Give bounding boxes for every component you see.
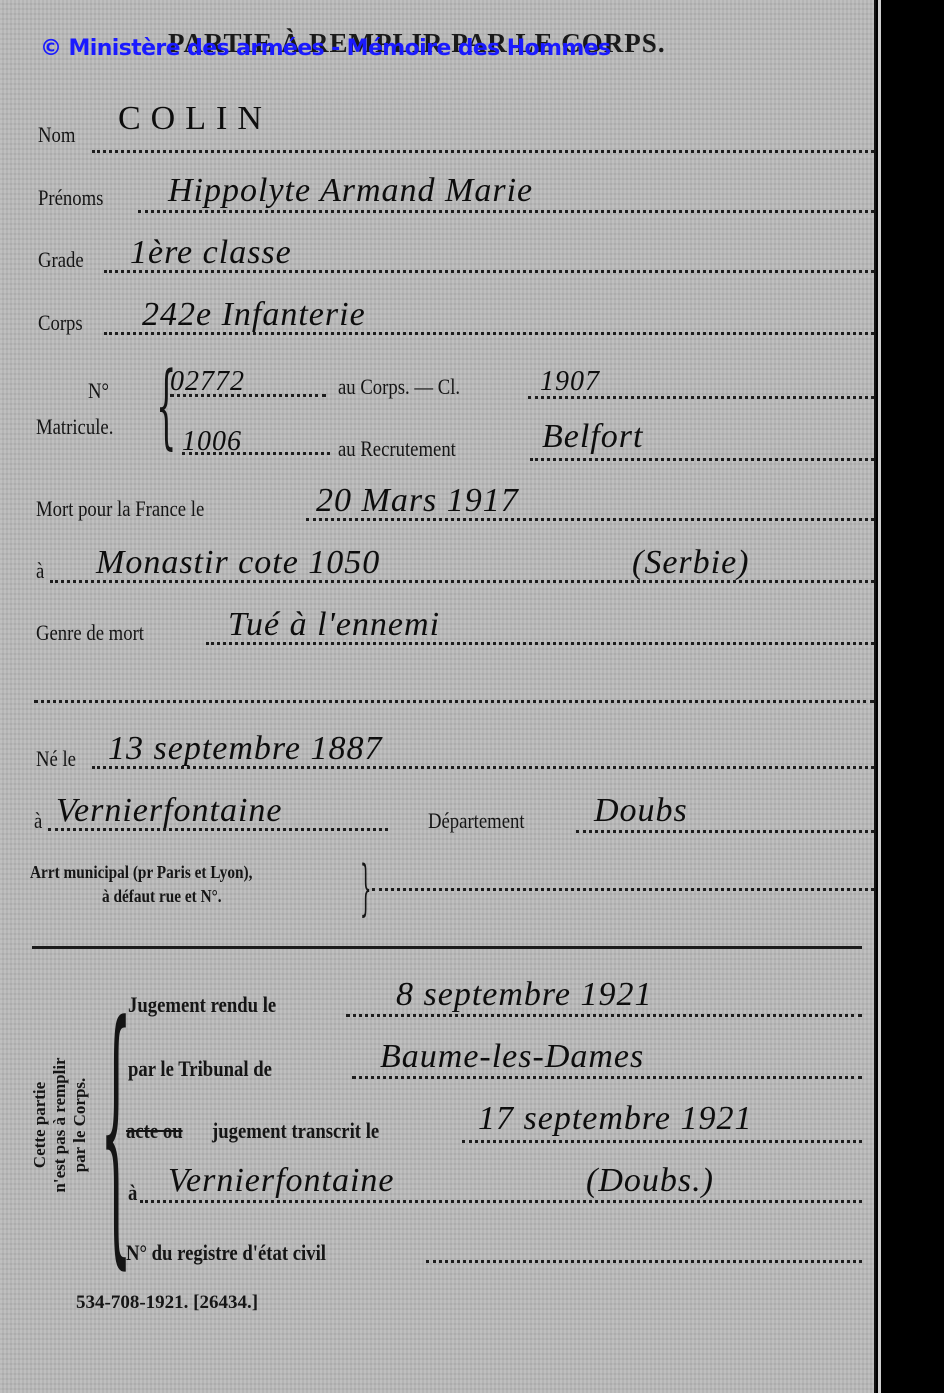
nom-line bbox=[92, 150, 874, 153]
classe-line bbox=[528, 396, 874, 399]
arrondissement-label-2: à défaut rue et N°. bbox=[102, 886, 222, 907]
lieu-mort-country: (Serbie) bbox=[632, 544, 750, 582]
genre-mort-label: Genre de mort bbox=[36, 620, 144, 646]
registre-line bbox=[426, 1260, 862, 1263]
lieu-mort-label: à bbox=[36, 558, 44, 584]
transcrit-value: 17 septembre 1921 bbox=[478, 1100, 752, 1138]
recrutement-place-value: Belfort bbox=[542, 418, 643, 456]
arrondissement-label-1: Arrt municipal (pr Paris et Lyon), bbox=[30, 862, 252, 883]
acte-ou-label-struck: acte ou bbox=[126, 1118, 183, 1144]
recrutement-place-line bbox=[530, 458, 874, 461]
nom-value: COLIN bbox=[118, 100, 272, 138]
registre-label: N° du registre d'état civil bbox=[126, 1240, 326, 1266]
jugement-rendu-value: 8 septembre 1921 bbox=[396, 976, 652, 1014]
arrondissement-line bbox=[372, 888, 874, 891]
jugement-lieu-line bbox=[140, 1200, 862, 1203]
copyright-watermark: © Ministère des armées - Mémoire des Hom… bbox=[40, 36, 611, 61]
transcrit-label: jugement transcrit le bbox=[212, 1118, 379, 1144]
corps-value: 242e Infanterie bbox=[142, 296, 366, 334]
lieu-naissance-value: Vernierfontaine bbox=[56, 792, 283, 830]
nom-label: Nom bbox=[38, 122, 75, 148]
departement-value: Doubs bbox=[594, 792, 688, 830]
mort-label: Mort pour la France le bbox=[36, 496, 204, 522]
matricule-corps-line bbox=[170, 394, 326, 397]
tribunal-label: par le Tribunal de bbox=[128, 1056, 272, 1082]
tribunal-value: Baume-les-Dames bbox=[380, 1038, 644, 1076]
recrutement-label: au Recrutement bbox=[338, 436, 456, 462]
grade-value: 1ère classe bbox=[130, 234, 292, 272]
matricule-no-label: N° bbox=[88, 378, 109, 404]
prenoms-value: Hippolyte Armand Marie bbox=[168, 172, 533, 210]
matricule-corps-label: au Corps. — Cl. bbox=[338, 374, 460, 400]
departement-line bbox=[576, 830, 874, 833]
lieu-mort-value: Monastir cote 1050 bbox=[96, 544, 380, 582]
prenoms-label: Prénoms bbox=[38, 185, 103, 211]
jugement-lieu-label: à bbox=[128, 1180, 137, 1206]
transcrit-line bbox=[462, 1140, 862, 1143]
recrutement-number-line bbox=[182, 452, 330, 455]
corps-label: Corps bbox=[38, 310, 83, 336]
death-record-card: PARTIE À REMPLIR PAR LE CORPS. © Ministè… bbox=[0, 0, 876, 1393]
jugement-rendu-label: Jugement rendu le bbox=[128, 992, 276, 1018]
side-note: Cette partie n'est pas à remplir par le … bbox=[30, 1015, 90, 1235]
grade-label: Grade bbox=[38, 247, 84, 273]
naissance-label: Né le bbox=[36, 746, 76, 772]
tribunal-line bbox=[352, 1076, 862, 1079]
lieu-naissance-label: à bbox=[34, 808, 42, 834]
print-reference: 534-708-1921. [26434.] bbox=[76, 1292, 258, 1314]
naissance-value: 13 septembre 1887 bbox=[108, 730, 382, 768]
card-edge-highlight bbox=[878, 0, 881, 1393]
blank-line bbox=[34, 700, 874, 703]
mort-value: 20 Mars 1917 bbox=[316, 482, 519, 520]
jugement-rendu-line bbox=[346, 1014, 862, 1017]
departement-label: Département bbox=[428, 808, 525, 834]
section-divider bbox=[32, 946, 862, 949]
genre-mort-value: Tué à l'ennemi bbox=[228, 606, 440, 644]
card-edge bbox=[874, 0, 876, 1393]
jugement-lieu-dept: (Doubs.) bbox=[586, 1162, 714, 1200]
jugement-lieu-value: Vernierfontaine bbox=[168, 1162, 395, 1200]
prenoms-line bbox=[138, 210, 874, 213]
classe-value: 1907 bbox=[540, 366, 600, 398]
matricule-label: Matricule. bbox=[36, 414, 113, 440]
arrondissement-brace: } bbox=[360, 858, 371, 918]
